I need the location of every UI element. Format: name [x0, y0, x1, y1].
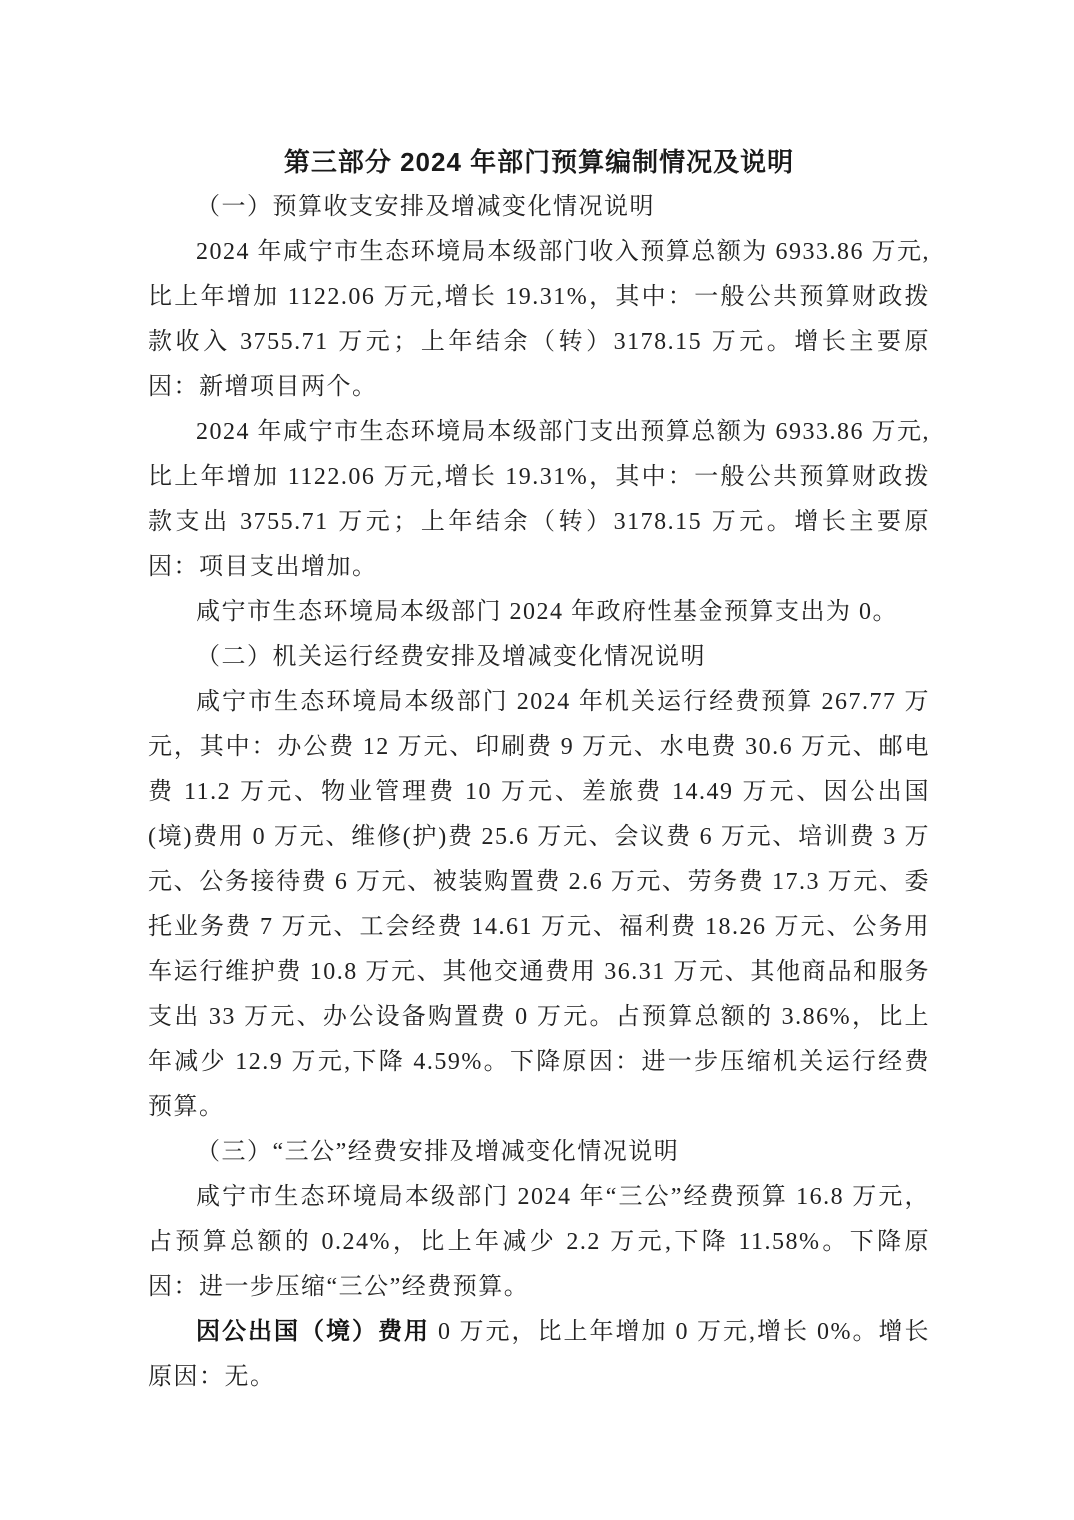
paragraph-lead-bold: 因公出国（境）费用: [196, 1319, 430, 1345]
section-heading: （一）预算收支安排及增减变化情况说明: [148, 185, 930, 230]
paragraph: 咸宁市生态环境局本级部门 2024 年“三公”经费预算 16.8 万元，占预算总…: [148, 1175, 930, 1310]
paragraph: 咸宁市生态环境局本级部门 2024 年政府性基金预算支出为 0。: [148, 590, 930, 635]
section-heading: （三）“三公”经费安排及增减变化情况说明: [148, 1130, 930, 1175]
document-body: （一）预算收支安排及增减变化情况说明2024 年咸宁市生态环境局本级部门收入预算…: [148, 185, 930, 1400]
document-title: 第三部分 2024 年部门预算编制情况及说明: [148, 140, 930, 185]
paragraph: 2024 年咸宁市生态环境局本级部门收入预算总额为 6933.86 万元,比上年…: [148, 230, 930, 410]
paragraph: 因公出国（境）费用 0 万元，比上年增加 0 万元,增长 0%。增长原因：无。: [148, 1310, 930, 1400]
document-page: 第三部分 2024 年部门预算编制情况及说明 （一）预算收支安排及增减变化情况说…: [0, 0, 1074, 1520]
paragraph: 咸宁市生态环境局本级部门 2024 年机关运行经费预算 267.77 万元，其中…: [148, 680, 930, 1130]
paragraph: 2024 年咸宁市生态环境局本级部门支出预算总额为 6933.86 万元,比上年…: [148, 410, 930, 590]
section-heading: （二）机关运行经费安排及增减变化情况说明: [148, 635, 930, 680]
